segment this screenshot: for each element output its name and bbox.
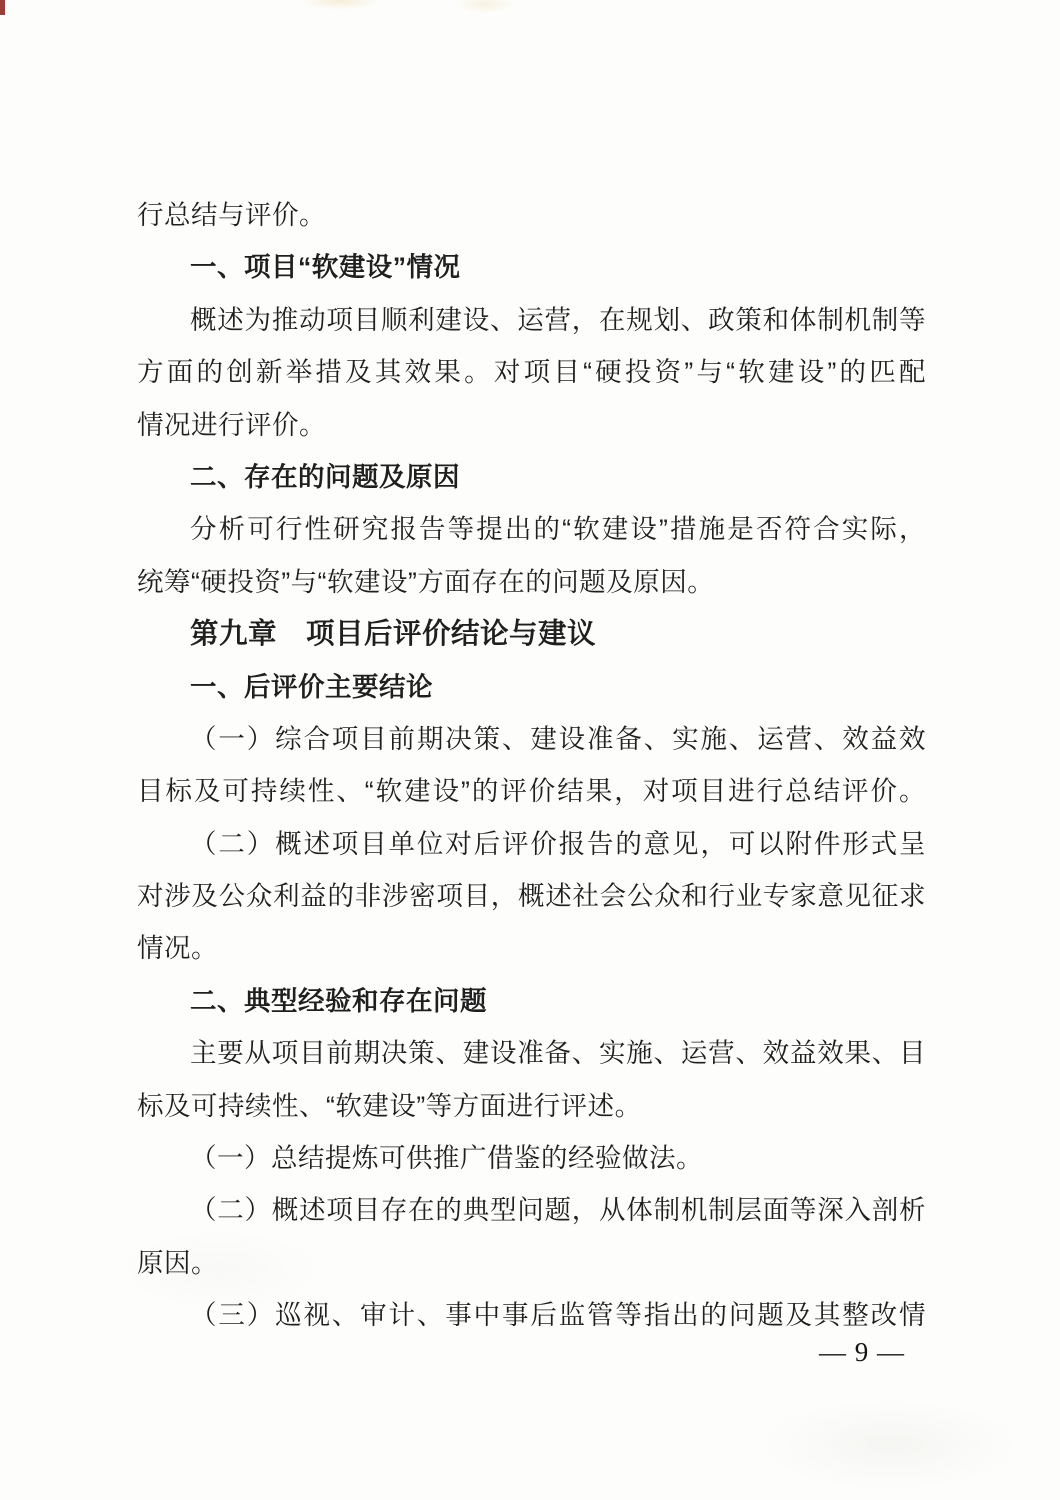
paragraph-line: 原因。 bbox=[137, 1237, 926, 1289]
paragraph-line: 统筹“硬投资”与“软建设”方面存在的问题及原因。 bbox=[137, 556, 926, 608]
paragraph-line: 情况进行评价。 bbox=[137, 399, 926, 451]
paragraph-line: 行总结与评价。 bbox=[137, 189, 926, 241]
paragraph-line: （一）总结提炼可供推广借鉴的经验做法。 bbox=[137, 1132, 926, 1184]
section-heading: 二、存在的问题及原因 bbox=[137, 451, 926, 503]
paragraph-line: 主要从项目前期决策、建设准备、实施、运营、效益效果、目 bbox=[137, 1027, 926, 1079]
section-heading: 一、项目“软建设”情况 bbox=[137, 241, 926, 293]
paragraph-line: （二）概述项目存在的典型问题，从体制机制层面等深入剖析 bbox=[137, 1184, 926, 1236]
paragraph-line: （三）巡视、审计、事中事后监管等指出的问题及其整改情况。 bbox=[137, 1289, 926, 1341]
paragraph-line: 目标及可持续性、“软建设”的评价结果，对项目进行总结评价。 bbox=[137, 765, 926, 817]
paragraph-line: 概述为推动项目顺利建设、运营，在规划、政策和体制机制等 bbox=[137, 294, 926, 346]
chapter-heading: 第九章 项目后评价结论与建议 bbox=[137, 608, 926, 660]
scan-smudge bbox=[455, 0, 515, 14]
document-page: 行总结与评价。一、项目“软建设”情况概述为推动项目顺利建设、运营，在规划、政策和… bbox=[0, 0, 1060, 1500]
scan-smudge bbox=[300, 0, 380, 10]
paragraph-line: （一）综合项目前期决策、建设准备、实施、运营、效益效果、 bbox=[137, 713, 926, 765]
paragraph-line: 方面的创新举措及其效果。对项目“硬投资”与“软建设”的匹配 bbox=[137, 346, 926, 398]
section-heading: 二、典型经验和存在问题 bbox=[137, 975, 926, 1027]
paragraph-line: 对涉及公众利益的非涉密项目，概述社会公众和行业专家意见征求 bbox=[137, 870, 926, 922]
paragraph-line: （二）概述项目单位对后评价报告的意见，可以附件形式呈现。 bbox=[137, 818, 926, 870]
paragraph-line: 分析可行性研究报告等提出的“软建设”措施是否符合实际， bbox=[137, 503, 926, 555]
document-body: 行总结与评价。一、项目“软建设”情况概述为推动项目顺利建设、运营，在规划、政策和… bbox=[137, 189, 926, 1342]
paragraph-line: 情况。 bbox=[137, 922, 926, 974]
page-number: — 9 — bbox=[819, 1336, 905, 1368]
scan-artifact-red bbox=[0, 0, 5, 15]
paragraph-line: 标及可持续性、“软建设”等方面进行评述。 bbox=[137, 1080, 926, 1132]
section-heading: 一、后评价主要结论 bbox=[137, 661, 926, 713]
scan-smudge bbox=[760, 1400, 1020, 1490]
